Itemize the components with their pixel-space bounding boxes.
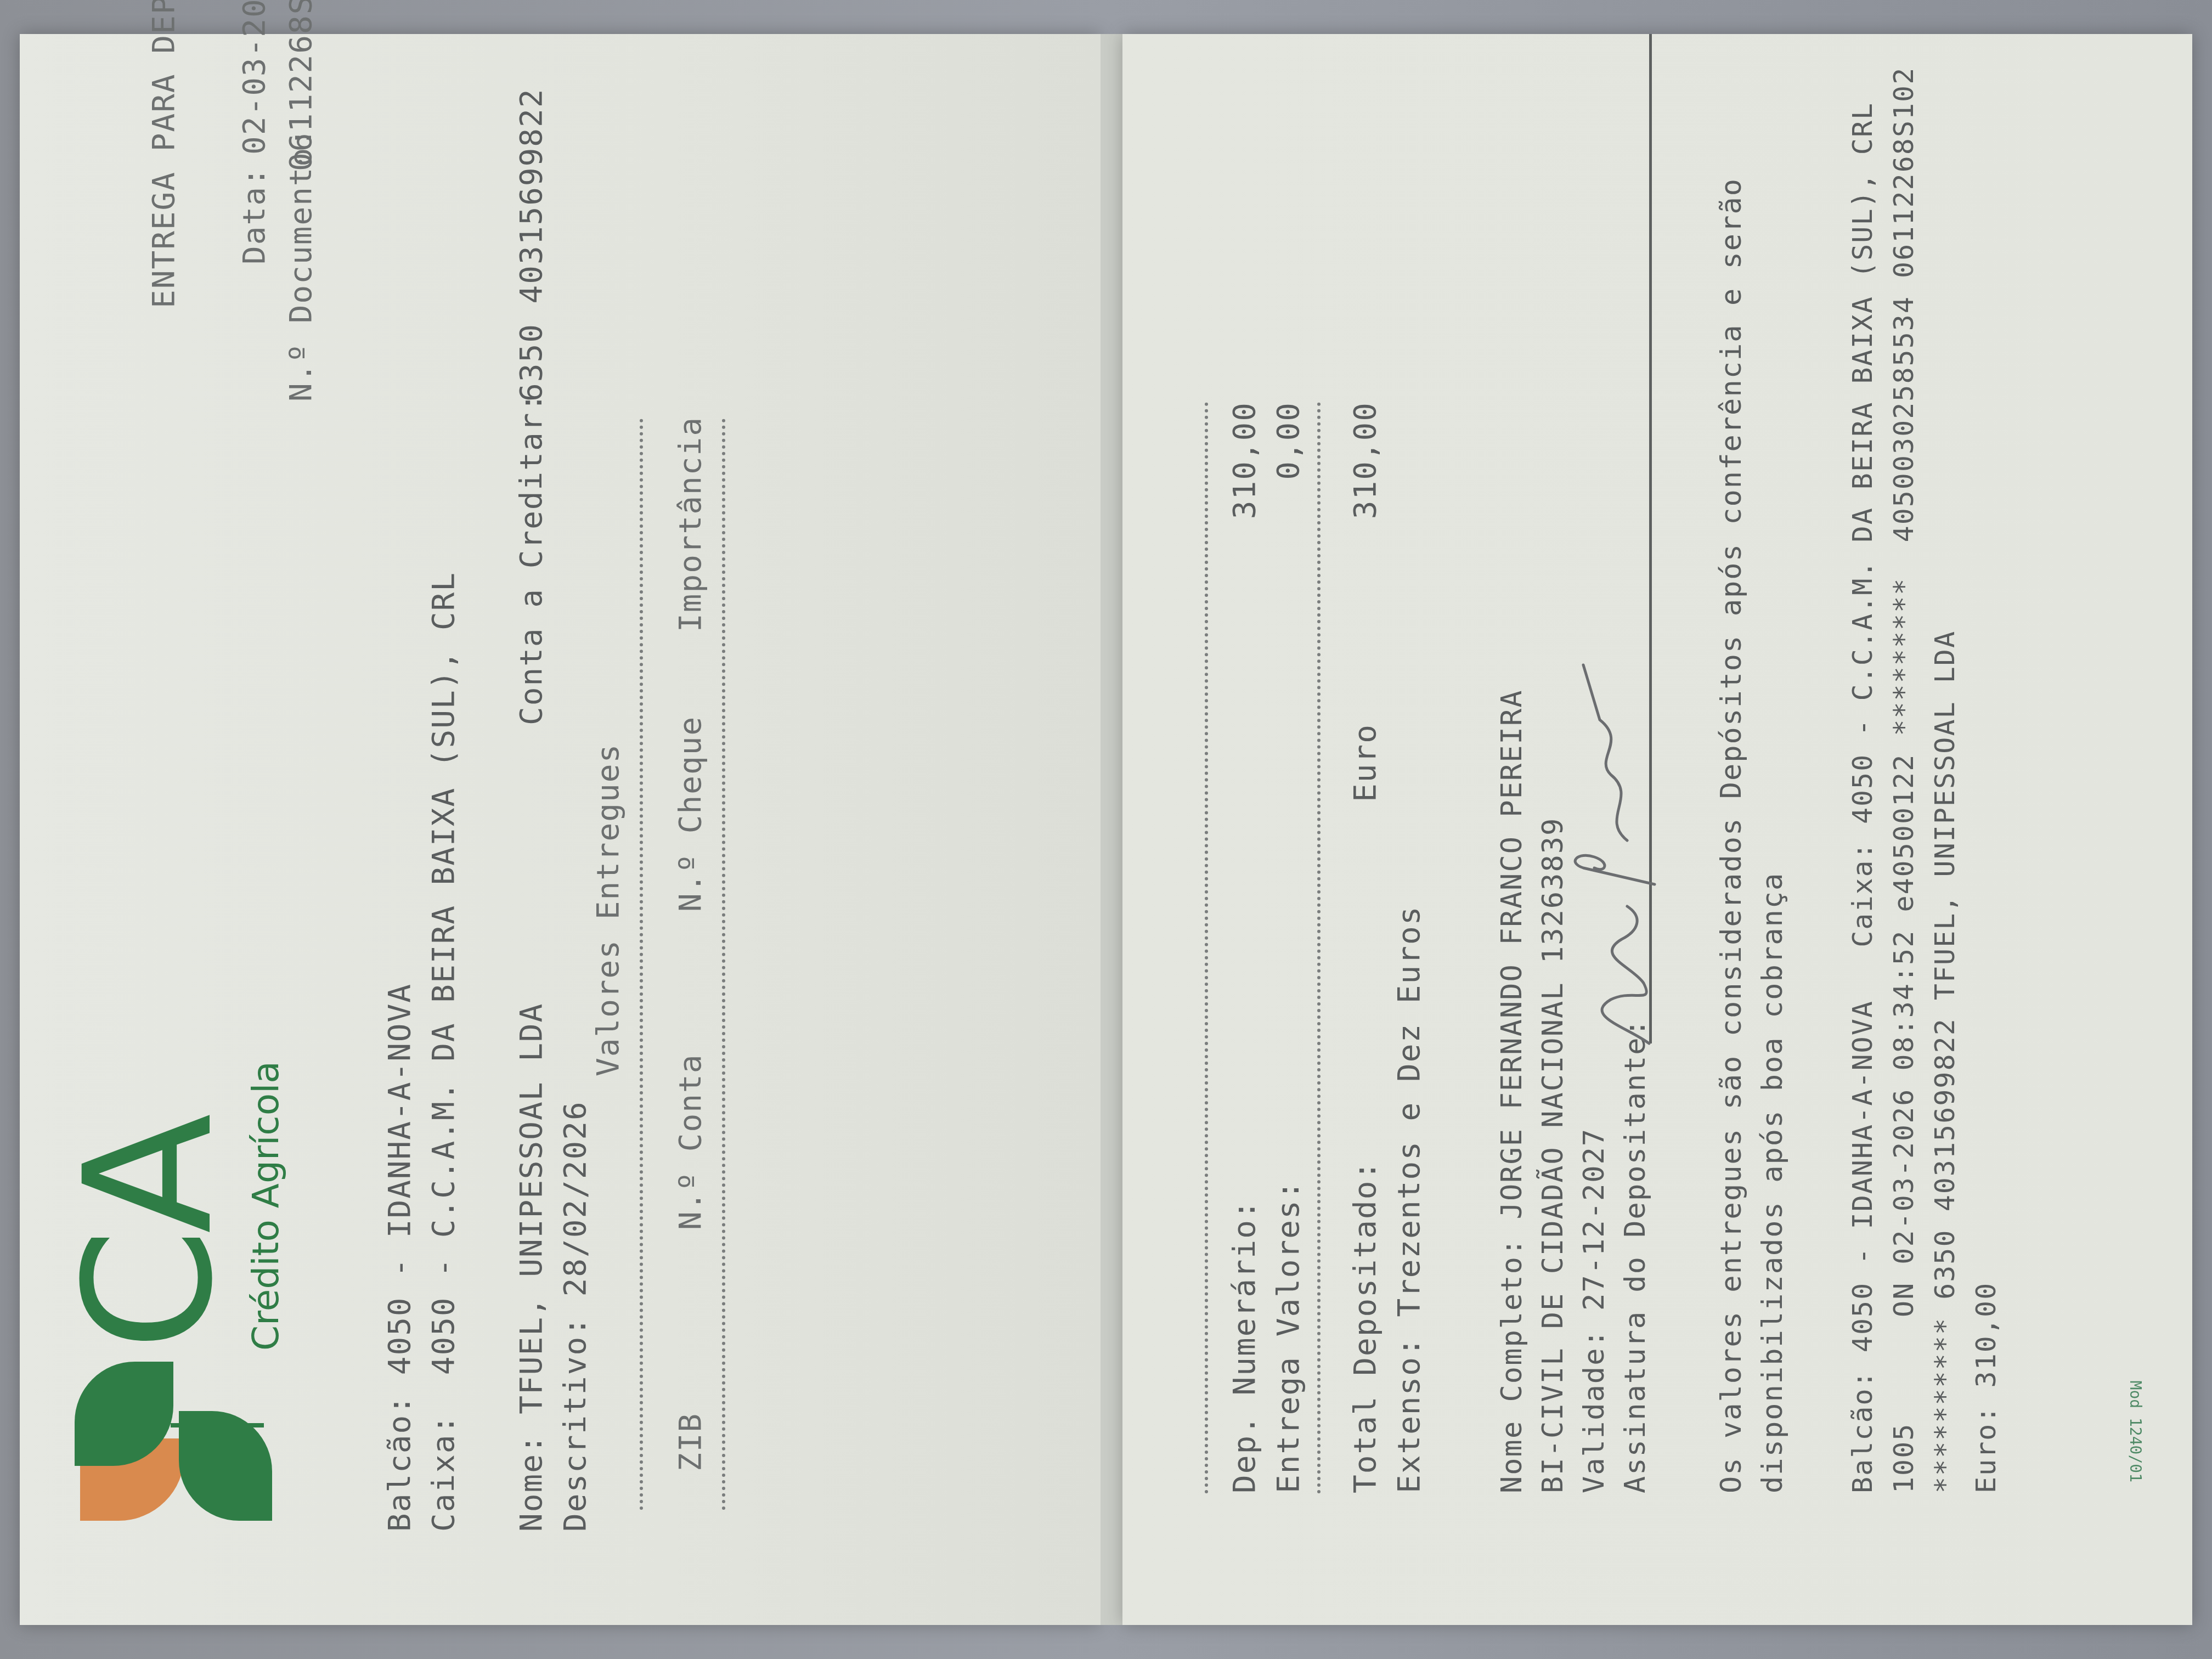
footer-line-2: 1005 ON 02-03-2026 08:34:52 e40500122 **… [1888, 67, 1920, 1493]
divider [722, 418, 725, 1510]
cash-deposit-label: Dep. Numerário: [1227, 1199, 1262, 1493]
descriptive: Descritivo: 28/02/2026 [557, 1101, 593, 1532]
values-table-title: Valores Entregues [590, 743, 626, 1076]
logo-leaf-green-icon [179, 1411, 272, 1521]
total-deposited-value: 310,00 [1347, 402, 1383, 583]
footer-line-1: Balcão: 4050 - IDANHA-A-NOVA Caixa: 4050… [1847, 102, 1878, 1493]
amount-in-words: Extenso: Trezentos e Dez Euros [1391, 906, 1427, 1493]
branch-balcao: Balcão: 4050 - IDANHA-A-NOVA [382, 983, 417, 1532]
date-value: 02-03-2026 [236, 0, 272, 155]
account-holder-name: Nome: TFUEL, UNIPESSOAL LDA [513, 1003, 549, 1532]
date-label: Data: [236, 166, 272, 264]
depositor-full-name: Nome Completo: JORGE FERNANDO FRANCO PER… [1496, 690, 1528, 1494]
receipt-lower-page: Dep. Numerário: 310,00 Entrega Valores: … [1122, 34, 2192, 1625]
notice-line-2: disponibilizados após boa cobrança [1756, 872, 1789, 1493]
logo-stem-icon [171, 1423, 264, 1427]
deposit-receipt: CA Crédito Agrícola ENTREGA PARA DEPÓSIT… [20, 34, 2192, 1625]
divider [1317, 402, 1321, 1493]
receipt-upper-page: CA Crédito Agrícola ENTREGA PARA DEPÓSIT… [20, 34, 1101, 1625]
values-delivered-value: 0,00 [1271, 402, 1306, 583]
account-to-credit-label: Conta a Creditar: [513, 392, 549, 725]
footer-line-4: Euro: 310,00 [1970, 1282, 2002, 1493]
credito-agricola-logo: CA Crédito Agrícola [64, 1038, 294, 1532]
notice-line-1: Os valores entregues são considerados De… [1715, 178, 1748, 1493]
handwritten-signature [1561, 555, 1671, 1049]
column-amount: Importância [673, 416, 708, 632]
column-zib: ZIB [673, 1413, 708, 1471]
document-title: ENTREGA PARA DEPÓSITO [146, 0, 182, 308]
branch-caixa: Caixa: 4050 - C.C.A.M. DA BEIRA BAIXA (S… [426, 572, 461, 1532]
divider [1205, 402, 1208, 1493]
account-to-credit-value: 6350 40315699822 [513, 88, 549, 402]
form-code: Mod 1240/01 [2126, 1381, 2145, 1482]
column-cheque-number: N.º Cheque [673, 716, 708, 912]
signature-label: Assinatura do Depositante: [1619, 1018, 1652, 1493]
currency: Euro [1347, 724, 1383, 802]
footer-line-3: ********** 6350 40315699822 TFUEL, UNIPE… [1929, 630, 1961, 1493]
doc-number-value: 06112268S102 [283, 0, 319, 171]
cash-deposit-value: 310,00 [1227, 402, 1262, 583]
paper-fold [1101, 34, 1122, 1625]
logo-text: CA [47, 1119, 251, 1351]
column-account-number: N.º Conta [673, 1054, 708, 1230]
total-deposited-label: Total Depositado: [1347, 1160, 1383, 1493]
values-delivered-label: Entrega Valores: [1271, 1180, 1306, 1493]
depositor-id-validity: Validade: 27-12-2027 [1578, 1128, 1611, 1493]
brand-name: Crédito Agrícola [245, 1061, 287, 1351]
divider [640, 418, 643, 1510]
